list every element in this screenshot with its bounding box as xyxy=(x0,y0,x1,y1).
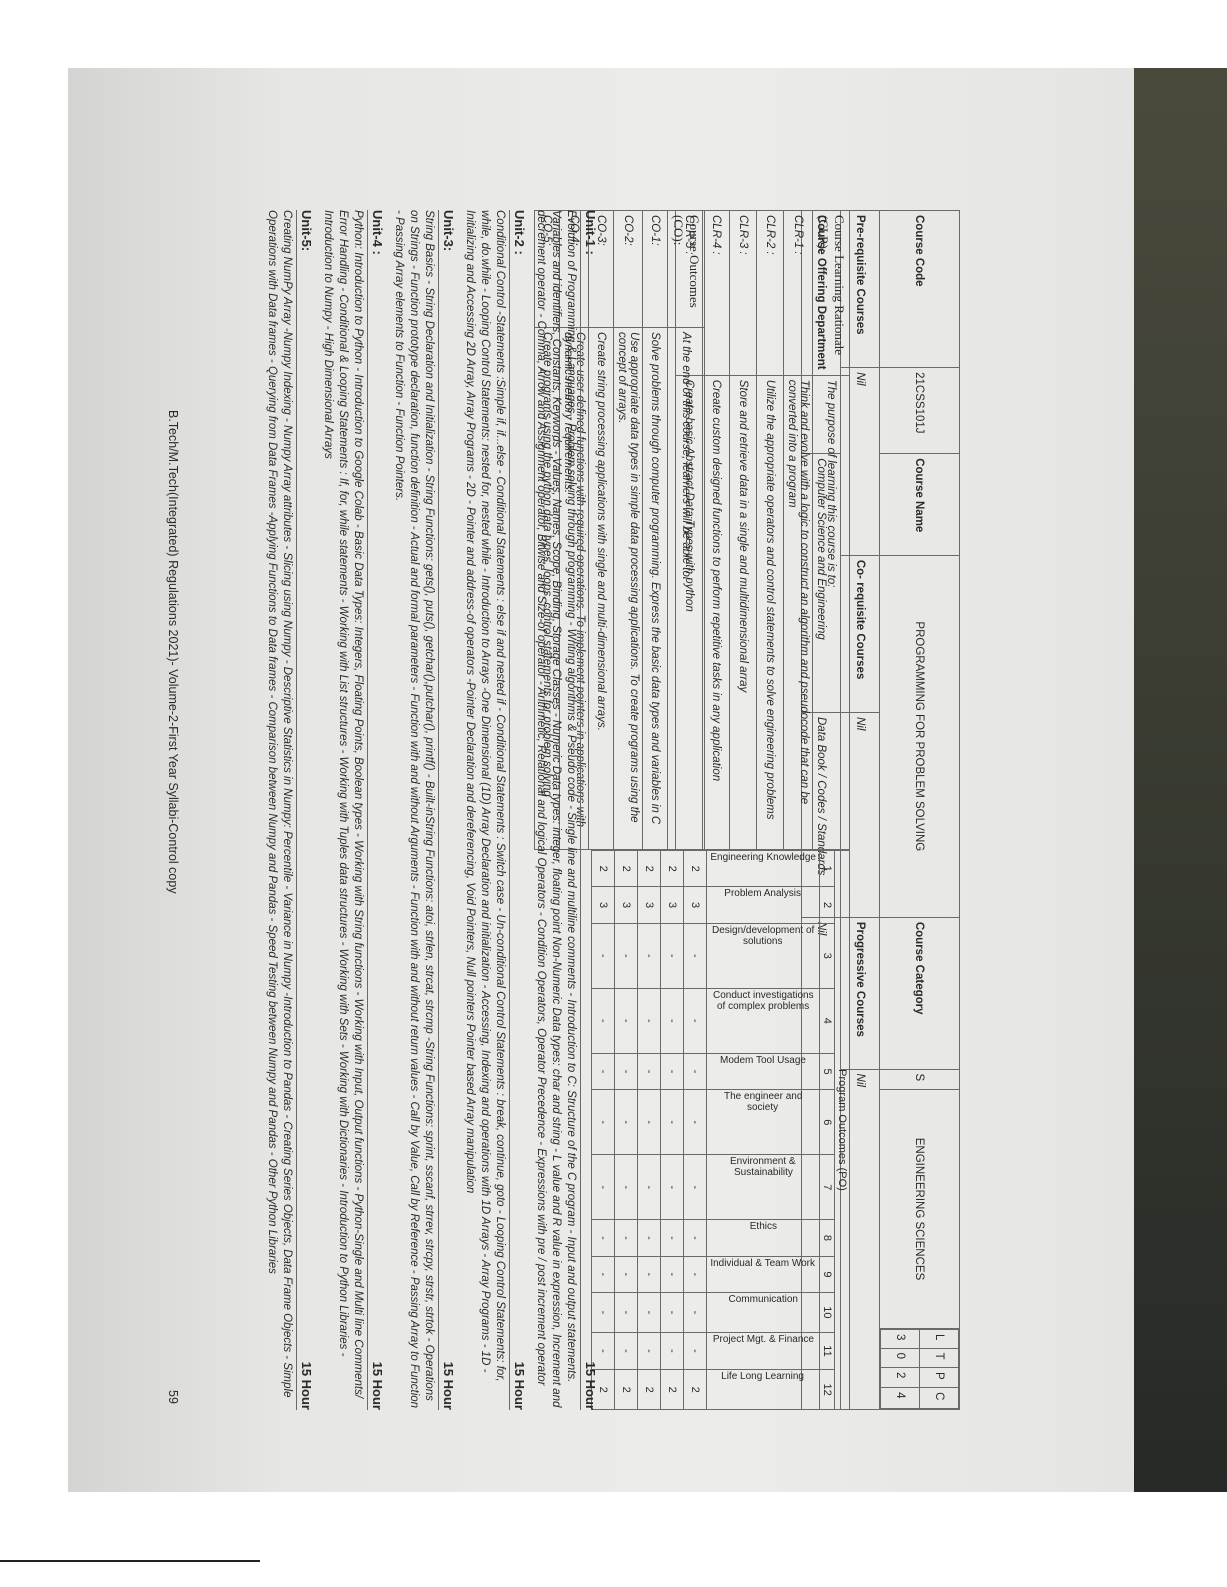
po-mapping-cell: 3 xyxy=(684,887,707,923)
unit-title: Unit-5: xyxy=(299,210,314,251)
po-mapping-cell: 2 xyxy=(638,1370,661,1410)
co-intro: At the end of this course, learners will… xyxy=(668,328,705,850)
po-mapping-cell: 2 xyxy=(615,1370,638,1410)
po-mapping-cell: - xyxy=(638,1293,661,1333)
po-name: Ethics xyxy=(707,1220,820,1256)
po-mapping-cell: 2 xyxy=(615,851,638,887)
unit-2: Unit-2 :15 Hour Conditional Control -Sta… xyxy=(458,210,529,1410)
ltpc-value: 2 xyxy=(881,1367,920,1387)
po-mapping-cell: - xyxy=(684,923,707,988)
page-number: 59 xyxy=(166,1390,180,1404)
po-name: Engineering Knowledge xyxy=(707,851,820,887)
clr-text: Utilize the appropriate operators and co… xyxy=(757,375,784,849)
po-number: 6 xyxy=(820,1090,835,1155)
po-name-text: Individual & Team Work xyxy=(711,1258,816,1269)
po-mapping-row: 23---------2 xyxy=(661,851,684,1410)
po-mapping-cell: - xyxy=(615,1220,638,1256)
po-number: 7 xyxy=(820,1155,835,1220)
ltpc-label: P xyxy=(920,1367,959,1387)
po-mapping-cell: 2 xyxy=(661,1370,684,1410)
po-mapping-cell: 3 xyxy=(638,887,661,923)
unit-title: Unit-2 : xyxy=(512,210,527,255)
unit-5: Unit-5:15 Hour Creating NumPy Array -Num… xyxy=(260,210,316,1410)
unit-hours: 15 Hour xyxy=(370,1362,385,1410)
po-name: The engineer and society xyxy=(707,1090,820,1155)
course-name-label: Course Name xyxy=(880,454,960,556)
po-name-text: Communication xyxy=(728,1294,797,1305)
co-code: CO-2: xyxy=(614,211,643,328)
units-section: Unit-1 :15 Hour Evolution of Programming… xyxy=(260,210,600,1410)
po-mapping-row: 23---------2 xyxy=(684,851,707,1410)
po-mapping-cell: - xyxy=(684,1053,707,1089)
po-name: Conduct investigations of complex proble… xyxy=(707,988,820,1053)
unit-title: Unit-3: xyxy=(441,210,456,251)
po-name-text: Modem Tool Usage xyxy=(720,1055,806,1066)
po-name: Communication xyxy=(707,1293,820,1333)
clr-code: CLR-1 : xyxy=(784,211,813,376)
unit-1: Unit-1 :15 Hour Evolution of Programming… xyxy=(529,210,600,1410)
po-mapping-cell: 3 xyxy=(615,887,638,923)
unit-content: Evolution of Programming & Languages - P… xyxy=(529,210,580,1410)
po-mapping-cell: - xyxy=(638,1332,661,1370)
co-code: CO-1: xyxy=(643,211,668,328)
po-mapping-cell: - xyxy=(661,1090,684,1155)
clr-code: CLR-4 : xyxy=(703,211,730,376)
ltpc-label: L xyxy=(920,1330,959,1349)
po-mapping-cell: - xyxy=(638,1090,661,1155)
co-title: Course Outcomes (CO): xyxy=(668,211,705,328)
course-category-label: Course Category xyxy=(880,917,960,1069)
po-mapping-cell: - xyxy=(661,923,684,988)
po-name: Life Long Learning xyxy=(707,1370,820,1410)
po-number: 5 xyxy=(820,1053,835,1089)
po-number: 9 xyxy=(820,1256,835,1292)
ltpc-table: L T P C 3 0 2 4 xyxy=(880,1329,959,1409)
po-name-text: Project Mgt. & Finance xyxy=(712,1334,813,1345)
clr-text: Think and evolve with a logic to constru… xyxy=(784,375,813,849)
po-mapping-cell: - xyxy=(638,1256,661,1292)
unit-content: Creating NumPy Array -Numpy Indexing - N… xyxy=(260,210,296,1410)
unit-hours: 15 Hour xyxy=(583,1362,598,1410)
po-mapping-cell: - xyxy=(615,923,638,988)
po-mapping-cell: - xyxy=(615,1332,638,1370)
footer-text: B.Tech/M.Tech(Integrated) Regulations 20… xyxy=(166,410,180,894)
po-name-text: Life Long Learning xyxy=(722,1371,805,1382)
po-mapping-cell: - xyxy=(638,1053,661,1089)
course-code-label: Course Code xyxy=(880,211,960,368)
clr-text: Create custom designed functions to perf… xyxy=(703,375,730,849)
po-number: 3 xyxy=(820,923,835,988)
po-mapping-cell: - xyxy=(684,1090,707,1155)
po-mapping-cell: - xyxy=(661,988,684,1053)
po-number: 12 xyxy=(820,1370,835,1410)
po-mapping-cell: - xyxy=(684,1256,707,1292)
po-name: Environment & Sustainability xyxy=(707,1155,820,1220)
desk-edge xyxy=(1134,68,1227,1492)
unit-3: Unit-3:15 Hour String Basics - String De… xyxy=(387,210,458,1410)
clr-code: CLR-2 : xyxy=(757,211,784,376)
ltpc-label: T xyxy=(920,1348,959,1367)
po-name-text: Design/development of solutions xyxy=(708,925,818,947)
course-code: 21CSS101J xyxy=(880,368,960,454)
po-mapping-cell: 2 xyxy=(661,851,684,887)
po-number: 11 xyxy=(820,1332,835,1370)
po-mapping-cell: 2 xyxy=(684,1370,707,1410)
divider xyxy=(0,1560,260,1562)
po-name: Modem Tool Usage xyxy=(707,1053,820,1089)
po-name-text: Conduct investigations of complex proble… xyxy=(708,990,818,1012)
po-name: Project Mgt. & Finance xyxy=(707,1332,820,1370)
clr-intro: The purpose of learning this course is t… xyxy=(813,375,850,849)
po-mapping-cell: - xyxy=(684,1293,707,1333)
unit-content: String Basics - String Declaration and I… xyxy=(387,210,438,1410)
po-name-text: Problem Analysis xyxy=(725,888,802,899)
po-mapping-cell: 2 xyxy=(638,851,661,887)
po-name-text: Environment & Sustainability xyxy=(708,1156,818,1178)
unit-title: Unit-4 : xyxy=(370,210,385,255)
po-mapping-cell: - xyxy=(684,1155,707,1220)
ltpc-label: C xyxy=(920,1388,959,1409)
category-name: ENGINEERING SCIENCES xyxy=(880,1090,960,1329)
course-name: PROGRAMMING FOR PROBLEM SOLVING xyxy=(880,555,960,917)
unit-title: Unit-1 : xyxy=(583,210,598,255)
course-category: S xyxy=(880,1069,960,1089)
po-name: Individual & Team Work xyxy=(707,1256,820,1292)
po-number: 2 xyxy=(820,887,835,923)
clr-code: CLR-3 : xyxy=(730,211,757,376)
po-mapping-cell: - xyxy=(684,1332,707,1370)
po-mapping-cell: - xyxy=(638,1155,661,1220)
unit-hours: 15 Hour xyxy=(512,1362,527,1410)
po-number: 4 xyxy=(820,988,835,1053)
unit-content: Conditional Control -Statements :Simple … xyxy=(458,210,509,1410)
po-mapping-cell: - xyxy=(661,1053,684,1089)
po-mapping-cell: - xyxy=(661,1220,684,1256)
po-mapping-cell: - xyxy=(615,1155,638,1220)
po-mapping-cell: 2 xyxy=(684,851,707,887)
po-mapping-cell: 3 xyxy=(661,887,684,923)
po-mapping-cell: - xyxy=(615,1293,638,1333)
po-mapping-row: 23---------2 xyxy=(615,851,638,1410)
po-number: 8 xyxy=(820,1220,835,1256)
po-name: Design/development of solutions xyxy=(707,923,820,988)
po-number: 10 xyxy=(820,1293,835,1333)
syllabus-page: Course Code 21CSS101J Course Name PROGRA… xyxy=(140,210,960,1440)
program-outcomes-table: Program Outcomes (PO) 123456789101112 En… xyxy=(591,850,850,1410)
po-mapping-cell: - xyxy=(661,1293,684,1333)
po-mapping-cell: - xyxy=(638,923,661,988)
po-mapping-cell: - xyxy=(684,1220,707,1256)
unit-hours: 15 Hour xyxy=(299,1362,314,1410)
po-mapping-cell: - xyxy=(615,1256,638,1292)
clr-title: Course Learning Rationale (CLR): xyxy=(813,211,850,376)
po-mapping-cell: - xyxy=(661,1155,684,1220)
po-mapping-row: 23---------2 xyxy=(638,851,661,1410)
ltpc-value: 3 xyxy=(881,1330,920,1349)
po-mapping-cell: - xyxy=(661,1332,684,1370)
po-name: Problem Analysis xyxy=(707,887,820,923)
unit-content: Python: Introduction to Python - Introdu… xyxy=(316,210,367,1410)
clr-text: Store and retrieve data in a single and … xyxy=(730,375,757,849)
po-title: Program Outcomes (PO) xyxy=(835,851,850,1410)
po-number: 1 xyxy=(820,851,835,887)
po-name-text: Engineering Knowledge xyxy=(710,852,816,863)
co-text: Solve problems through computer programm… xyxy=(643,328,668,850)
po-name-text: The engineer and society xyxy=(708,1091,818,1113)
po-mapping-cell: - xyxy=(615,988,638,1053)
ltpc-value: 0 xyxy=(881,1348,920,1367)
po-mapping-cell: - xyxy=(684,988,707,1053)
po-mapping-cell: - xyxy=(615,1053,638,1089)
po-mapping-cell: - xyxy=(661,1256,684,1292)
po-mapping-cell: - xyxy=(615,1090,638,1155)
ltpc-value: 4 xyxy=(881,1388,920,1409)
po-mapping-cell: - xyxy=(638,1220,661,1256)
po-name-text: Ethics xyxy=(749,1221,776,1232)
unit-hours: 15 Hour xyxy=(441,1362,456,1410)
po-mapping-cell: - xyxy=(638,988,661,1053)
co-text: Use appropriate data types in simple dat… xyxy=(614,328,643,850)
unit-4: Unit-4 :15 Hour Python: Introduction to … xyxy=(316,210,387,1410)
